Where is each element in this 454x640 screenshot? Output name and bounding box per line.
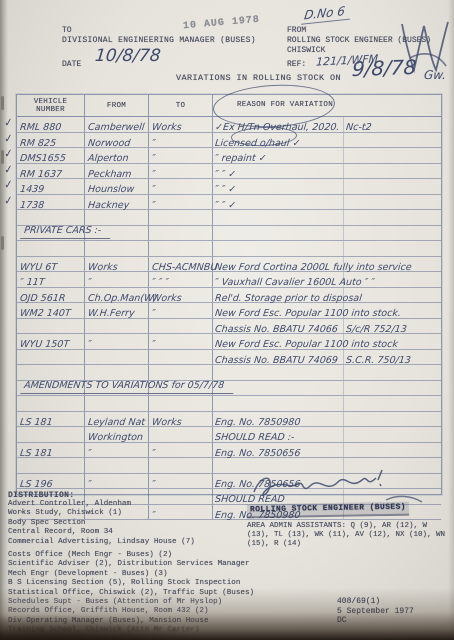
- received-date-stamp: 10 AUG 1978: [183, 15, 261, 33]
- cell-to: ″: [149, 443, 213, 458]
- document-page: TO DIVISIONAL ENGINEERING MANAGER (BUSES…: [0, 0, 454, 640]
- cell-reason: ″ Vauxhall Cavalier 1600L Auto ″ ″: [213, 272, 344, 287]
- cell-note: [344, 179, 441, 194]
- margin-checkmark: ✓: [3, 193, 14, 207]
- cell-to: ″: [149, 303, 213, 318]
- table-row: 1738Hackney″″ ″ ✓✓: [17, 195, 441, 211]
- cell-note: [344, 241, 441, 256]
- cell-reason: Eng. No. 7850656: [213, 443, 344, 458]
- cell-from: [85, 365, 149, 380]
- cell-to: ″: [149, 195, 213, 210]
- table-row: Chassis No. BBATU 74069S.C.R. 750/13: [17, 350, 441, 366]
- cell-from: Leyland Nat: [85, 412, 149, 427]
- cell-from: [85, 350, 149, 365]
- cell-vehicle: [17, 396, 85, 411]
- cell-from: Workington: [85, 427, 149, 442]
- cell-vehicle: [17, 365, 85, 380]
- distribution-line: Advert Controller, Aldenham: [8, 500, 258, 509]
- cell-to: ″: [149, 148, 213, 163]
- table-row: 1439Hounslow″″ ″ ✓✓: [17, 179, 441, 195]
- cell-note: [344, 133, 441, 148]
- cell-to: [149, 241, 213, 256]
- table-row: LS 181″″Eng. No. 7850656: [17, 443, 441, 459]
- distribution-line: Training School, Chiswick (Attn Mr Carte…: [8, 626, 258, 635]
- cell-from: [85, 458, 149, 473]
- cell-to: ″: [149, 133, 213, 148]
- date-handwritten: 10/8/78: [94, 46, 162, 66]
- cell-to: Works: [149, 288, 213, 303]
- table-row: WM2 140TW.H.Ferry″New Ford Esc. Popular …: [17, 303, 441, 319]
- cell-reason: Chassis No. BBATU 74069: [213, 350, 344, 365]
- cell-to: [149, 210, 213, 225]
- cell-from: Works: [85, 257, 149, 272]
- cell-to: Works: [149, 117, 213, 132]
- table-row: RM 1637Peckham″″ ″ ✓✓: [17, 164, 441, 180]
- distribution-line: Div Operating Manager (Buses), Mansion H…: [8, 617, 258, 626]
- cell-reason: [213, 365, 344, 380]
- cell-note: [344, 210, 441, 225]
- cell-note: S/c/R 752/13: [344, 319, 441, 334]
- distribution-line: Central Record, Room 34: [8, 528, 258, 537]
- table-row: DMS1655Alperton″″ repaint ✓✓: [17, 148, 441, 164]
- cell-reason: [213, 396, 344, 411]
- table-row: [17, 241, 441, 257]
- cell-to: [149, 458, 213, 473]
- cell-vehicle: OJD 561R: [17, 288, 85, 303]
- header-vehicle-number: VEHICLE NUMBER: [17, 95, 85, 116]
- cell-reason: ″ ″ ✓: [213, 164, 344, 179]
- table-row: ″ 11T″″ ″ ″″ Vauxhall Cavalier 1600L Aut…: [17, 272, 441, 288]
- cell-vehicle: LS 181: [17, 443, 85, 458]
- margin-checkmark: ✓: [3, 162, 14, 176]
- top-scribble-handwritten: D.No 6: [301, 3, 352, 24]
- cell-reason: [213, 241, 344, 256]
- cell-from: ″: [85, 272, 149, 287]
- cell-vehicle: WYU 6T: [17, 257, 85, 272]
- table-row: WYU 150T″″New Ford Esc. Popular 1100 int…: [17, 334, 441, 350]
- cell-to: [149, 427, 213, 442]
- form-reference: 408/69(1): [337, 597, 414, 607]
- table-row: WorkingtonSHOULD READ :-: [17, 427, 441, 443]
- form-initials: DC: [337, 616, 414, 626]
- cell-from: [85, 210, 149, 225]
- cell-vehicle: 1439: [17, 179, 85, 194]
- section-label: AMENDMENTS TO VARIATIONS for 05/7/78: [20, 379, 235, 394]
- monogram-scribble: [398, 14, 450, 78]
- cell-vehicle: [17, 241, 85, 256]
- cell-from: Peckham: [85, 164, 149, 179]
- cell-vehicle: [17, 458, 85, 473]
- cell-reason: New Ford Esc. Popular 1100 into stock: [213, 334, 344, 349]
- cell-reason: Chassis No. BBATU 74066: [213, 319, 344, 334]
- cell-note: [344, 148, 441, 163]
- cell-note: [344, 365, 441, 380]
- cell-from: Ch.Op.Man(W): [85, 288, 149, 303]
- cell-reason: Eng. No. 7850980: [213, 412, 344, 427]
- cell-reason: ″ ″ ✓: [213, 195, 344, 210]
- cell-from: Camberwell: [85, 117, 149, 132]
- cell-note: [344, 412, 441, 427]
- cell-note: [344, 164, 441, 179]
- section-row: AMENDMENTS TO VARIATIONS for 05/7/78: [17, 381, 441, 397]
- cell-vehicle: LS 181: [17, 412, 85, 427]
- from-label: FROM: [287, 26, 306, 35]
- to-label: TO: [62, 26, 72, 35]
- table-row: LS 181Leyland NatWorksEng. No. 7850980: [17, 412, 441, 428]
- binding-mark: [1, 236, 4, 250]
- table-row: WYU 6TWorksCHS-ACMNBUNew Ford Cortina 20…: [17, 257, 441, 273]
- cell-reason: ″ repaint ✓: [213, 148, 344, 163]
- distribution-line: Commercial Advertising, Lindsay House (7…: [8, 538, 258, 547]
- cell-from: [85, 396, 149, 411]
- cell-vehicle: [17, 210, 85, 225]
- header-from: FROM: [85, 95, 149, 116]
- cell-to: [149, 319, 213, 334]
- distribution-line: Records Office, Griffith House, Room 432…: [8, 607, 258, 616]
- cell-vehicle: [17, 350, 85, 365]
- cell-to: ″: [149, 179, 213, 194]
- document-title: VARIATIONS IN ROLLING STOCK ON: [176, 73, 341, 83]
- cell-to: CHS-ACMNBU: [149, 257, 213, 272]
- header-reason-span: [344, 95, 441, 116]
- distribution-lines: Advert Controller, AldenhamWorks Study, …: [8, 500, 258, 636]
- cell-vehicle: RM 825: [17, 133, 85, 148]
- cell-vehicle: LS 196: [17, 474, 85, 489]
- cell-note: [344, 427, 441, 442]
- cell-note: [344, 396, 441, 411]
- form-date: 5 September 1977: [337, 607, 414, 617]
- cell-from: Hackney: [85, 195, 149, 210]
- cell-from: Norwood: [85, 133, 149, 148]
- section-row: PRIVATE CARS :-: [17, 226, 441, 242]
- distribution-line: Statistical Office, Chiswick (2), Traffi…: [8, 589, 258, 598]
- cell-reason: New Ford Cortina 2000L fully into servic…: [213, 257, 344, 272]
- binding-mark: [1, 96, 4, 110]
- ref-label: REF:: [287, 60, 306, 69]
- margin-checkmark: ✓: [3, 146, 14, 160]
- variations-table: VEHICLE NUMBER FROM TO REASON FOR VARIAT…: [16, 94, 442, 495]
- cell-from: [85, 319, 149, 334]
- cell-vehicle: ″ 11T: [17, 272, 85, 287]
- margin-checkmark: ✓: [3, 177, 14, 191]
- sender-stamp: ROLLING STOCK ENGINEER (BUSES): [247, 502, 409, 519]
- cell-note: [344, 195, 441, 210]
- margin-checkmark: ✓: [3, 115, 14, 129]
- cell-note: S.C.R. 750/13: [344, 350, 441, 365]
- section-label: PRIVATE CARS :-: [20, 224, 112, 239]
- cell-reason: [213, 210, 344, 225]
- table-row: Chassis No. BBATU 74066S/c/R 752/13: [17, 319, 441, 335]
- table-row: OJD 561RCh.Op.Man(W)WorksRel'd. Storage …: [17, 288, 441, 304]
- cell-reason: New Ford Esc. Popular 1100 into stock.: [213, 303, 344, 318]
- cell-vehicle: RML 880: [17, 117, 85, 132]
- cell-to: [149, 350, 213, 365]
- cell-from: ″: [85, 334, 149, 349]
- cell-reason: Rel'd. Storage prior to disposal: [213, 288, 344, 303]
- cell-vehicle: WM2 140T: [17, 303, 85, 318]
- cell-from: ″: [85, 443, 149, 458]
- cell-from: [85, 241, 149, 256]
- cell-to: ″ ″ ″: [149, 272, 213, 287]
- reference-block: 408/69(1) 5 September 1977 DC: [337, 597, 414, 626]
- cell-vehicle: [17, 319, 85, 334]
- from-value-line2: CHISWICK: [287, 46, 325, 55]
- cell-from: ″: [85, 474, 149, 489]
- cell-note: Nc-t2: [344, 117, 441, 132]
- header-to: TO: [149, 95, 213, 116]
- table-row: RM 825Norwood″Licensed o/haul ✓✓: [17, 133, 441, 149]
- cell-from: Hounslow: [85, 179, 149, 194]
- distribution-title: DISTRIBUTION:: [8, 491, 258, 500]
- distribution-line: Works Study, Chiswick (1): [8, 509, 258, 518]
- cell-from: Alperton: [85, 148, 149, 163]
- cell-from: W.H.Ferry: [85, 303, 149, 318]
- distribution-line: B S Licensing Section (5), Rolling Stock…: [8, 579, 258, 588]
- cell-to: [149, 396, 213, 411]
- date-label: DATE: [62, 60, 81, 69]
- margin-checkmark: ✓: [3, 131, 14, 145]
- distribution-line: Mech Engr (Development - Buses) (3): [8, 570, 258, 579]
- cell-reason: SHOULD READ :-: [213, 427, 344, 442]
- cell-note: [344, 443, 441, 458]
- cell-to: ″: [149, 164, 213, 179]
- cell-vehicle: 1738: [17, 195, 85, 210]
- distribution-line: Body Spec Section: [8, 519, 258, 528]
- cell-vehicle: WYU 150T: [17, 334, 85, 349]
- cell-vehicle: [17, 427, 85, 442]
- cell-vehicle: RM 1637: [17, 164, 85, 179]
- to-value: DIVISIONAL ENGINEERING MANAGER (BUSES): [62, 36, 256, 45]
- cell-reason: [213, 226, 344, 241]
- area-admin-assistants: AREA ADMIN ASSISTANTS: Q (9), AR (12), W…: [247, 522, 452, 550]
- signature-scribble: [246, 464, 426, 506]
- cell-to: [149, 365, 213, 380]
- distribution-list: DISTRIBUTION: Advert Controller, Aldenha…: [8, 491, 258, 636]
- distribution-line: Scientific Adviser (2), Distribution Ser…: [8, 560, 258, 569]
- cell-to: [149, 226, 213, 241]
- cell-to: ″: [149, 474, 213, 489]
- cell-note: [344, 381, 441, 396]
- cell-reason: ″ ″ ✓: [213, 179, 344, 194]
- cell-to: Works: [149, 412, 213, 427]
- cell-note: [344, 226, 441, 241]
- cell-to: ″: [149, 334, 213, 349]
- table-rows: RML 880CamberwellWorks✓Ex H/Tn Overhaul,…: [17, 117, 441, 520]
- table-row: [17, 396, 441, 412]
- cell-vehicle: DMS1655: [17, 148, 85, 163]
